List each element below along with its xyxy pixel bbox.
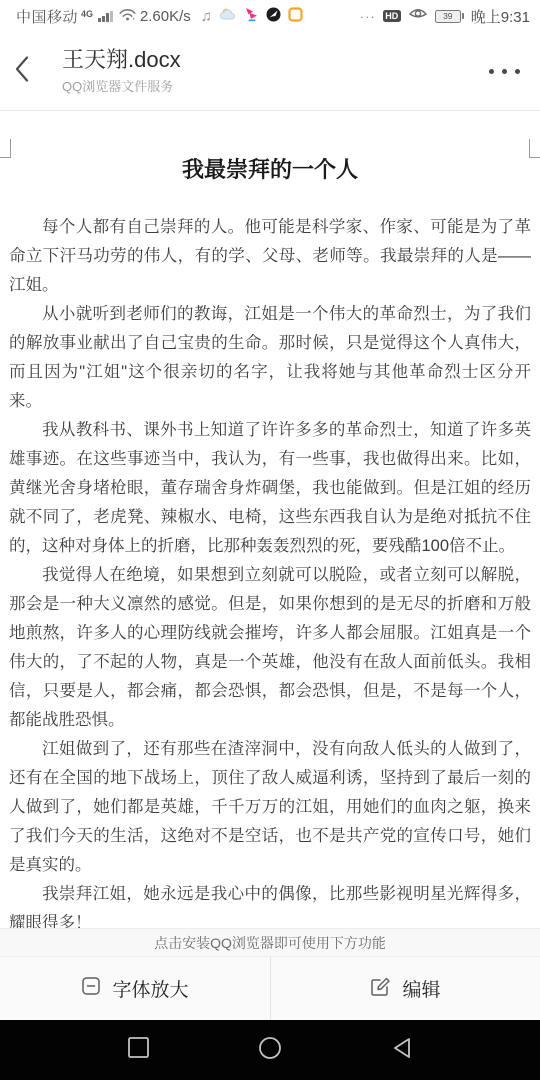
font-zoom-button[interactable]: 字体放大: [0, 957, 270, 1020]
edit-button[interactable]: 编辑: [270, 957, 540, 1020]
status-left: 中国移动 4G 2.60K/s: [16, 6, 191, 27]
edit-icon: [370, 976, 391, 1002]
back-triangle-icon: [391, 1036, 413, 1065]
app-header: 王天翔.docx QQ浏览器文件服务: [0, 32, 540, 110]
back-chevron-icon: [14, 55, 30, 88]
doc-paragraph: 每个人都有自己崇拜的人。他可能是科学家、作家、可能是为了革命立下汗马功劳的伟人，…: [9, 213, 531, 300]
overflow-menu-button[interactable]: [487, 59, 522, 84]
android-nav-bar: [0, 1020, 540, 1080]
back-button[interactable]: [14, 49, 48, 93]
header-titles: 王天翔.docx QQ浏览器文件服务: [62, 47, 181, 94]
clock-label: 晚上9:31: [471, 6, 530, 27]
page-corner-mark-right: [529, 139, 540, 158]
orange-square-app-icon: [288, 7, 303, 26]
recents-square-icon: [127, 1036, 150, 1064]
browser-app-icon: [266, 7, 281, 26]
doc-paragraph: 我从教科书、课外书上知道了许许多多的革命烈士，知道了许多英雄事迹。在这些事迹当中…: [9, 416, 531, 561]
carrier-label: 中国移动: [16, 6, 78, 27]
weather-icon: [219, 7, 237, 25]
font-zoom-label: 字体放大: [112, 975, 188, 1002]
nav-back-button[interactable]: [382, 1030, 422, 1070]
bottom-action-bar: 字体放大 编辑: [0, 956, 540, 1020]
home-circle-icon: [258, 1036, 282, 1065]
recents-button[interactable]: [118, 1030, 158, 1070]
edit-label: 编辑: [402, 975, 440, 1002]
network-speed-label: 2.60K/s: [140, 8, 191, 25]
video-app-icon: [244, 7, 259, 26]
battery-percent: 39: [435, 10, 461, 23]
phone-screen: 中国移动 4G 2.60K/s ♫: [0, 0, 540, 1080]
page-corner-mark-left: [0, 139, 11, 158]
doc-paragraph: 我崇拜江姐，她永远是我心中的偶像，比那些影视明星光辉得多，耀眼得多！: [9, 880, 531, 928]
doc-paragraph: 江姐做到了，还有那些在渣滓洞中，没有向敌人低头的人做到了，还有在全国的地下战场上…: [9, 735, 531, 880]
status-bar: 中国移动 4G 2.60K/s ♫: [0, 0, 540, 32]
eye-comfort-icon: [408, 7, 428, 25]
music-note-icon: ♫: [201, 9, 212, 24]
home-button[interactable]: [250, 1030, 290, 1070]
more-notifications-icon: ···: [360, 9, 376, 24]
doc-paragraph: 我觉得人在绝境，如果想到立刻就可以脱险，或者立刻可以解脱，那会是一种大义凛然的感…: [9, 561, 531, 735]
install-hint-bar[interactable]: 点击安装QQ浏览器即可使用下方功能: [0, 928, 540, 956]
install-hint-label: 点击安装QQ浏览器即可使用下方功能: [154, 933, 386, 953]
document-title: 我最崇拜的一个人: [9, 155, 531, 185]
document-body: 每个人都有自己崇拜的人。他可能是科学家、作家、可能是为了革命立下汗马功劳的伟人，…: [9, 213, 531, 928]
doc-paragraph: 从小就听到老师们的教诲，江姐是一个伟大的革命烈士，为了我们的解放事业献出了自己宝…: [9, 300, 531, 416]
font-zoom-icon: [81, 976, 101, 1001]
document-viewer[interactable]: 我最崇拜的一个人 每个人都有自己崇拜的人。他可能是科学家、作家、可能是为了革命立…: [0, 111, 540, 928]
notification-icons: ♫: [201, 7, 303, 26]
signal-bars-icon: [98, 10, 113, 22]
hd-voice-icon: HD: [383, 10, 401, 22]
network-4g-badge: 4G: [81, 9, 93, 19]
file-name-title: 王天翔.docx: [62, 47, 181, 72]
status-right: ··· HD 39 晚上9:31: [360, 6, 530, 27]
battery-icon: 39: [435, 10, 464, 23]
file-service-subtitle: QQ浏览器文件服务: [62, 76, 181, 95]
wifi-icon: [118, 7, 137, 26]
